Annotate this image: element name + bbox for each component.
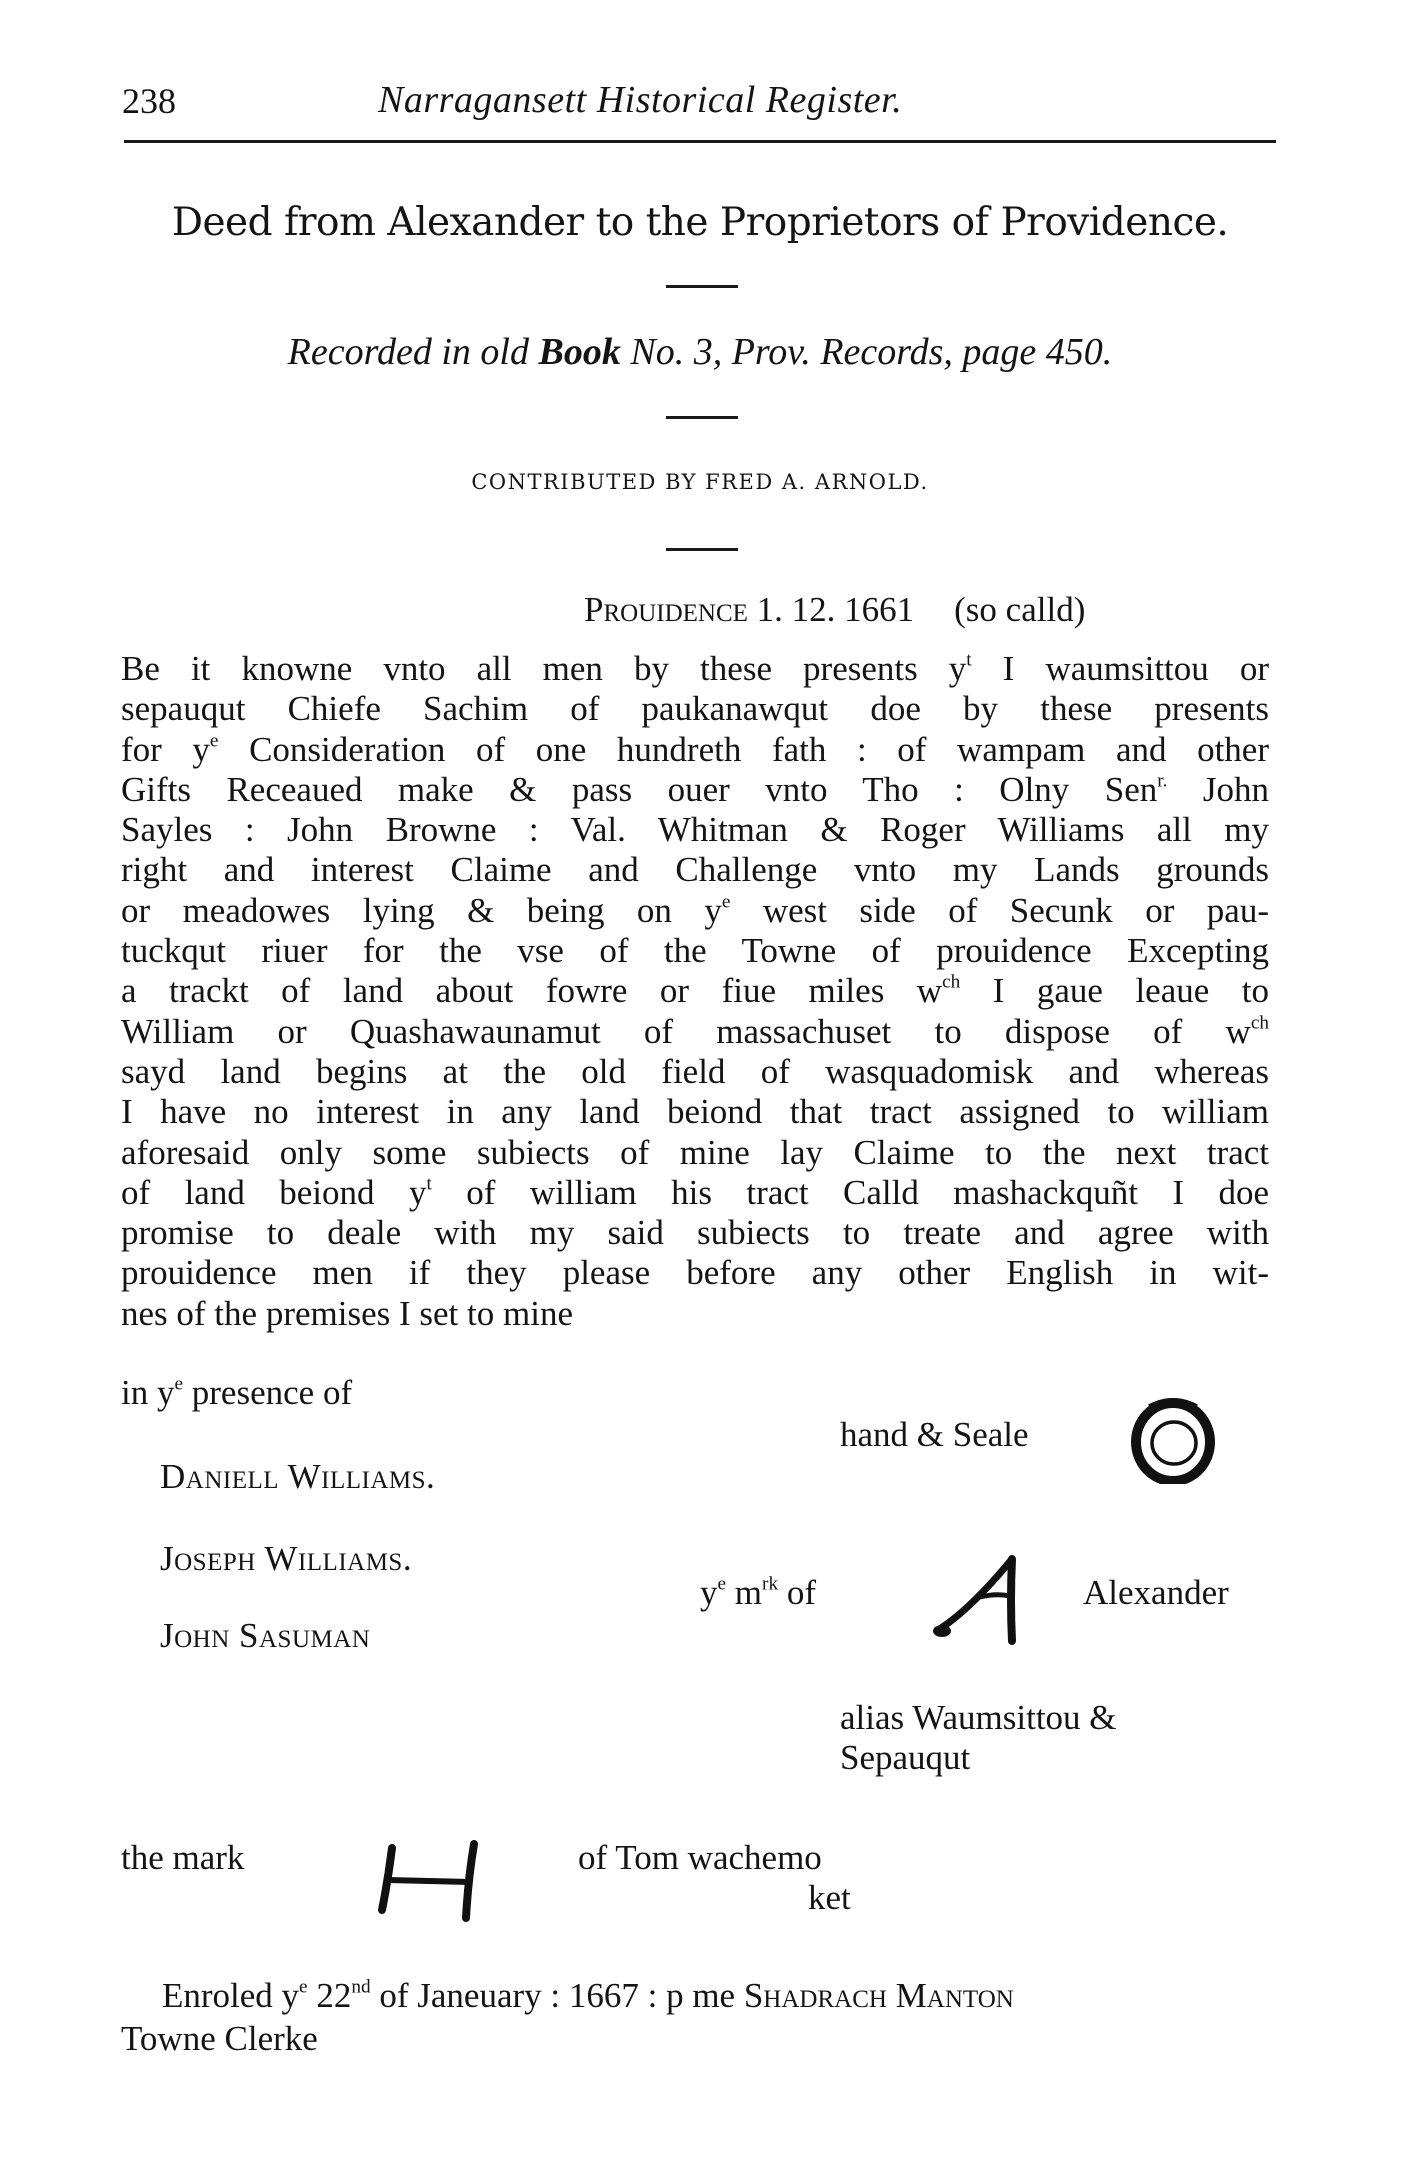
witness-name: Daniell Williams.	[160, 1457, 435, 1497]
body-line: Sayles : John Browne : Val. Whitman & Ro…	[121, 810, 1269, 850]
second-mark-name: of Tom wachemo	[578, 1838, 822, 1878]
body-text-run: right and interest Claime and Challenge …	[121, 850, 1269, 889]
body-line: sayd land begins at the old field of was…	[121, 1052, 1269, 1092]
mark-label: ye mrk of	[700, 1573, 816, 1613]
divider-rule	[666, 285, 738, 288]
body-text-run: a trackt of land about fowre or fiue mil…	[121, 971, 942, 1010]
body-text-run: for y	[121, 730, 210, 769]
superscript: r.	[1157, 770, 1167, 791]
clerk-title: Towne Clerke	[121, 2019, 318, 2059]
contributor-line: CONTRIBUTED BY FRED A. ARNOLD.	[124, 470, 1276, 494]
enrolment-day: 22	[308, 1976, 352, 2015]
body-line: prouidence men if they please before any…	[121, 1253, 1269, 1293]
dateline-note: (so calld)	[954, 590, 1085, 629]
superscript: e	[718, 1574, 727, 1595]
witness-intro-pre: in y	[121, 1373, 174, 1412]
mark-mid: m	[726, 1573, 762, 1612]
body-line: of land beiond yt of william his tract C…	[121, 1173, 1269, 1213]
body-line: Gifts Receaued make & pass ouer vnto Tho…	[121, 770, 1269, 810]
dateline-place: Prouidence	[584, 590, 748, 629]
body-text-run: or meadowes lying & being on y	[121, 891, 722, 930]
body-text-run: John	[1167, 770, 1269, 809]
seal-icon	[1130, 1398, 1216, 1484]
divider-rule	[666, 416, 738, 419]
body-text-run: I have no interest in any land beiond th…	[121, 1092, 1269, 1131]
witness-intro: in ye presence of	[121, 1373, 352, 1413]
body-line: William or Quashawaunamut of massachuset…	[121, 1012, 1269, 1052]
body-text-run: of william his tract Calld mashackquñt …	[432, 1173, 1269, 1212]
header-rule	[124, 140, 1276, 143]
superscript: ch	[942, 972, 960, 993]
dateline-date: 1. 12. 1661	[748, 590, 914, 629]
body-text-run: I gaue leaue to	[960, 971, 1269, 1010]
superscript: e	[299, 1977, 308, 1998]
body-text-run: prouidence men if they please before any…	[121, 1253, 1269, 1292]
witness-name: John Sasuman	[160, 1616, 370, 1656]
recorded-prefix: Recorded in old	[288, 331, 539, 373]
body-line: tuckqut riuer for the vse of the Towne o…	[121, 931, 1269, 971]
body-line: for ye Consideration of one hundreth fat…	[121, 730, 1269, 770]
body-text-run: aforesaid only some subiects of mine lay…	[121, 1133, 1269, 1172]
page-number: 238	[122, 80, 176, 122]
mark-pre: y	[700, 1573, 718, 1612]
signatory-name: Alexander	[1083, 1573, 1229, 1613]
body-text-run: sayd land begins at the old field of was…	[121, 1052, 1269, 1091]
dateline: Prouidence 1. 12. 1661(so calld)	[584, 590, 1085, 630]
body-line: aforesaid only some subiects of mine lay…	[121, 1133, 1269, 1173]
second-mark-name-cont: ket	[808, 1878, 851, 1918]
body-text-run: I waumsittou or	[972, 649, 1269, 688]
superscript: nd	[351, 1977, 370, 1998]
body-text-run: of land beiond y	[121, 1173, 426, 1212]
mark-post: of	[778, 1573, 816, 1612]
second-mark-label: the mark	[121, 1838, 244, 1878]
body-line: or meadowes lying & being on ye west sid…	[121, 891, 1269, 931]
alias-line: Sepauqut	[840, 1738, 970, 1778]
superscript: ch	[1251, 1012, 1269, 1033]
recorded-reference: Recorded in old Book No. 3, Prov. Record…	[124, 330, 1276, 374]
body-text-run: promise to deale with my said subiects t…	[121, 1213, 1269, 1252]
body-text-run: Be it knowne vnto all men by these prese…	[121, 649, 966, 688]
body-text-run: Sayles : John Browne : Val. Whitman & Ro…	[121, 810, 1269, 849]
recorded-rest: No. 3, Prov. Records, page 450.	[621, 331, 1112, 373]
recorded-book: Book	[538, 331, 620, 373]
body-line: sepauqut Chiefe Sachim of paukanawqut do…	[121, 689, 1269, 729]
body-text-run: William or Quashawaunamut of massachuset…	[121, 1012, 1251, 1051]
body-line: a trackt of land about fowre or fiue mil…	[121, 971, 1269, 1011]
superscript: e	[174, 1374, 183, 1395]
witness-intro-post: presence of	[183, 1373, 352, 1412]
body-line: Be it knowne vnto all men by these prese…	[121, 649, 1269, 689]
enrolment-line: Enroled ye 22nd of Janeuary : 1667 : p m…	[162, 1976, 1014, 2016]
body-text-run: tuckqut riuer for the vse of the Towne o…	[121, 931, 1269, 970]
body-text-run: west side of Secunk or pau-	[730, 891, 1269, 930]
superscript: rk	[762, 1574, 778, 1595]
divider-rule	[666, 548, 738, 551]
deed-body-text: Be it knowne vnto all men by these prese…	[121, 649, 1269, 1334]
alias-line: alias Waumsittou &	[840, 1698, 1117, 1738]
body-text-run: sepauqut Chiefe Sachim of paukanawqut do…	[121, 689, 1269, 728]
body-text-run: Consideration of one hundreth fath : of …	[218, 730, 1269, 769]
hand-and-seale-label: hand & Seale	[840, 1415, 1029, 1455]
body-line: promise to deale with my said subiects t…	[121, 1213, 1269, 1253]
clerk-name: Shadrach Manton	[744, 1976, 1014, 2015]
enrolment-post: of Janeuary : 1667 : p me	[371, 1976, 744, 2015]
alexander-mark-a-icon	[930, 1555, 1025, 1647]
body-line: right and interest Claime and Challenge …	[121, 850, 1269, 890]
body-text-run: Gifts Receaued make & pass ouer vnto Tho…	[121, 770, 1157, 809]
body-text-run: nes of the premises I set to mine	[121, 1294, 573, 1333]
body-line: I have no interest in any land beiond th…	[121, 1092, 1269, 1132]
body-line: nes of the premises I set to mine	[121, 1294, 1269, 1334]
enrolment-pre: Enroled y	[162, 1976, 299, 2015]
tom-mark-h-icon	[376, 1840, 484, 1922]
running-head-title: Narragansett Historical Register.	[378, 78, 902, 122]
article-title: Deed from Alexander to the Proprietors o…	[124, 200, 1276, 245]
witness-name: Joseph Williams.	[160, 1539, 412, 1579]
